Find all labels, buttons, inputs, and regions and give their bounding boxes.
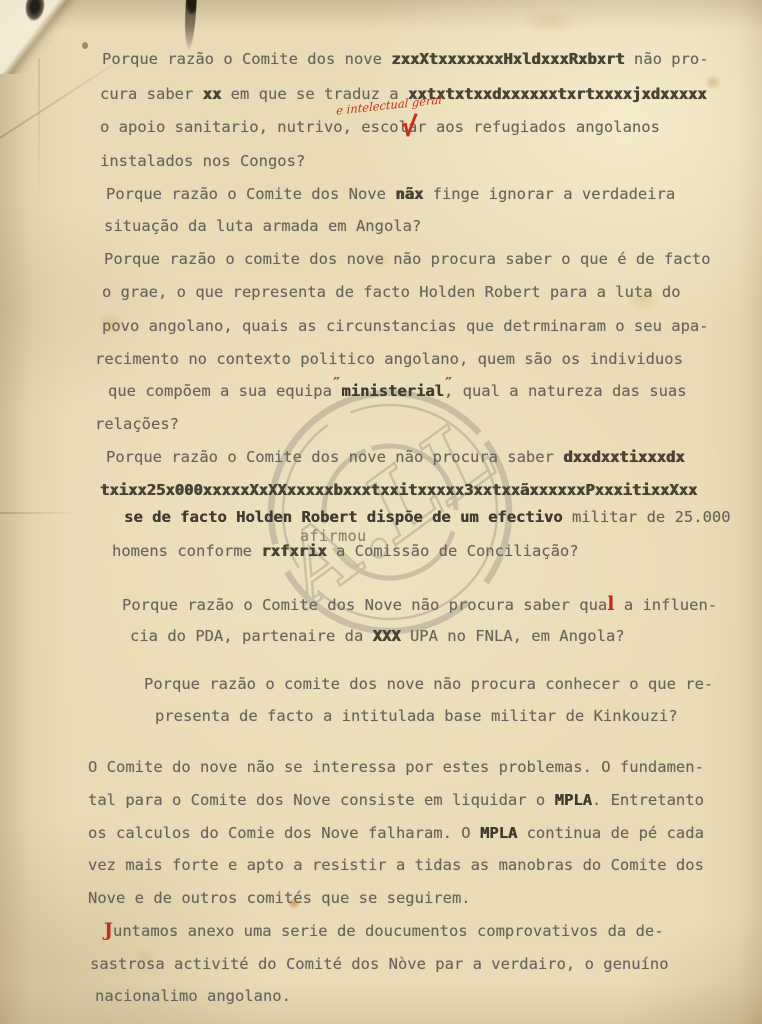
text-line-27: sastrosa activité do Comité dos Nòve par… — [90, 955, 669, 974]
text-line-20: presenta de facto a intitulada base mili… — [155, 707, 678, 726]
text-line-23: os calculos do Comie dos Nove falharam. … — [88, 824, 704, 843]
ink-blot-right — [179, 0, 200, 56]
text-line-22: tal para o Comite dos Nove consiste em l… — [88, 791, 704, 810]
text-line-10: recimento no contexto politico angolano,… — [95, 350, 683, 369]
text-line-6: situação da luta armada em Angola? — [104, 217, 421, 236]
text-line-19: Porque razão o comite dos nove não procu… — [144, 675, 713, 694]
text-line-5: Porque razão o Comite dos Nove nãx finge… — [106, 185, 675, 204]
crease-line-left-edge — [38, 58, 40, 208]
text-line-12: relações? — [95, 415, 179, 434]
text-line-2: cura saber xx em que se traduz a xxtxtxt… — [100, 85, 707, 104]
text-line-4: instalados nos Congos? — [100, 152, 305, 171]
text-line-24: vez mais forte e apto a resistir a tidas… — [88, 856, 704, 875]
text-line-17: Porque razão o Comite dos Nove não procu… — [122, 595, 717, 615]
text-line-28: nacionalimo angolano. — [95, 987, 291, 1006]
text-line-3: o apoio sanitario, nutrivo, escolar aos … — [100, 118, 660, 137]
text-line-16: homens conforme rxfxrix a Comissão de Co… — [112, 542, 579, 561]
text-line-14: txixx25x000xxxxxXxXXxxxxxbxxxtxxitxxxxx3… — [100, 481, 697, 500]
text-line-26: Juntamos anexo uma serie de doucumentos … — [104, 921, 664, 941]
text-line-1: Porque razão o Comite dos nove zxxXtxxxx… — [102, 50, 709, 69]
text-line-15: se de facto Holden Robert dispõe de um e… — [124, 508, 731, 527]
text-line-18: cia do PDA, partenaire da XXX UPA no FNL… — [130, 627, 625, 646]
text-line-8: o grae, o que representa de facto Holden… — [102, 283, 681, 302]
text-line-9: povo angolano, quais as circunstancias q… — [102, 317, 709, 336]
scanned-typewritten-page: A.LL Porque razão o Comite dos nove zxxX… — [0, 0, 762, 1024]
text-line-25: Nove e de outros comités que se seguirem… — [88, 889, 471, 908]
text-line-13: Porque razão o Comite dos nove não procu… — [106, 448, 685, 467]
paper-stain — [520, 8, 580, 34]
text-line-7: Porque razão o comite dos nove não procu… — [104, 250, 711, 269]
text-line-11: que compõem a sua equipa″ ministerial″, … — [108, 382, 687, 401]
crease-line-left-middle — [0, 512, 78, 514]
torn-corner-fold — [0, 0, 96, 74]
text-line-21: O Comite do nove não se interessa por es… — [88, 758, 704, 777]
